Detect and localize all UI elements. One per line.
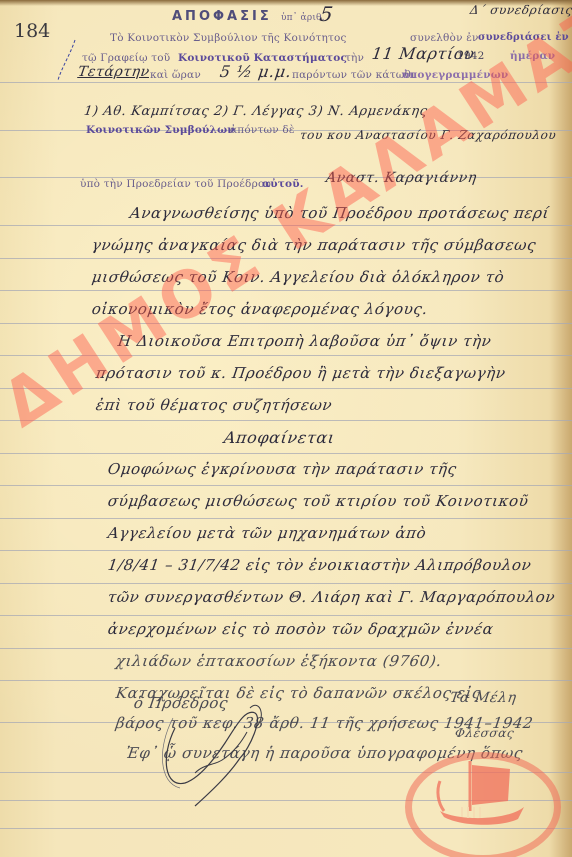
rule-line — [0, 648, 572, 649]
closing-members-label: Τα Μέλη — [449, 690, 518, 706]
printed-line-5a: ὑπὸ τὴν Προεδρείαν τοῦ Προέδρου — [80, 178, 271, 190]
resolution-line: Αγγελείου μετὰ τῶν μηχανημάτων ἀπὸ — [107, 524, 428, 542]
resolution-line: 1/8/41 – 31/7/42 εἰς τὸν ἐνοικιαστὴν Αλι… — [107, 556, 533, 574]
rule-line — [0, 615, 572, 616]
rule-line — [0, 420, 572, 421]
ship-stamp-icon — [405, 752, 561, 857]
member-signature-name: Φλέσσας — [454, 726, 515, 740]
rule-line — [0, 518, 572, 519]
resolution-heading: Αποφαίνεται — [223, 428, 336, 447]
printed-line-4b: ἀπόντων δὲ — [230, 124, 295, 136]
president-signature — [155, 688, 285, 812]
body-line: ἐπὶ τοῦ θέματος συζητήσεων — [95, 396, 334, 414]
document-title: ΑΠΟΦΑΣΙΣ — [172, 9, 272, 24]
body-line: πρότασιν τοῦ κ. Προέδρου ἢ μετὰ τὴν διεξ… — [95, 364, 507, 382]
decision-number-value: 5 — [318, 2, 335, 26]
pen-mark — [50, 35, 80, 89]
printed-line-1b: συνελθὸν ἐν — [410, 32, 479, 44]
rule-line — [0, 485, 572, 486]
rule-line — [0, 550, 572, 551]
weekday-hand: Τετάρτην — [77, 64, 151, 80]
printed-text: Τὸ Κοινοτικὸν Συμβούλιον τῆς Κοινότητος — [110, 32, 347, 44]
printed-line-1: Τὸ Κοινοτικὸν Συμβούλιον τῆς Κοινότητος — [110, 32, 347, 44]
resolution-line: ἀνερχομένων εἰς τὸ ποσὸν τῶν δραχμῶν ἐνν… — [107, 620, 495, 638]
rule-line — [0, 453, 572, 454]
resolution-line: χιλιάδων ἑπτακοσίων ἑξήκοντα (9760). — [115, 652, 443, 670]
present-members-hand: 1) Αθ. Καμπίτσας 2) Γ. Λέγγας 3) Ν. Αρμε… — [83, 104, 429, 119]
document-page: 184 ΑΠΟΦΑΣΙΣ ὑπ᾽ ἀριθ. 5 Δ΄ συνεδρίασις … — [0, 0, 572, 857]
rule-line — [0, 290, 572, 291]
printed-text: συνελθὸν ἐν — [410, 32, 479, 44]
resolution-line: Ομοφώνως ἐγκρίνουσα τὴν παράτασιν τῆς — [107, 460, 458, 478]
page-number: 184 — [14, 20, 50, 42]
printed-line-4a: Κοινοτικῶν Συμβούλων — [86, 124, 235, 136]
resolution-line: σύμβασεως μισθώσεως τοῦ κτιρίου τοῦ Κοιν… — [107, 492, 530, 510]
printed-line-2c: τὴν — [345, 52, 364, 64]
rule-line — [0, 583, 572, 584]
rule-line — [0, 680, 572, 681]
printed-line-3a: καὶ ὥραν — [150, 69, 201, 81]
printed-line-3b: παρόντων τῶν κάτωθι — [292, 69, 415, 81]
printed-line-2a: τῷ Γραφείῳ τοῦ — [82, 52, 170, 64]
resolution-line: τῶν συνεργασθέντων Θ. Λιάρη καὶ Γ. Μαργα… — [107, 588, 557, 606]
meeting-time-hand: 5 ½ μ.μ. — [219, 62, 293, 81]
